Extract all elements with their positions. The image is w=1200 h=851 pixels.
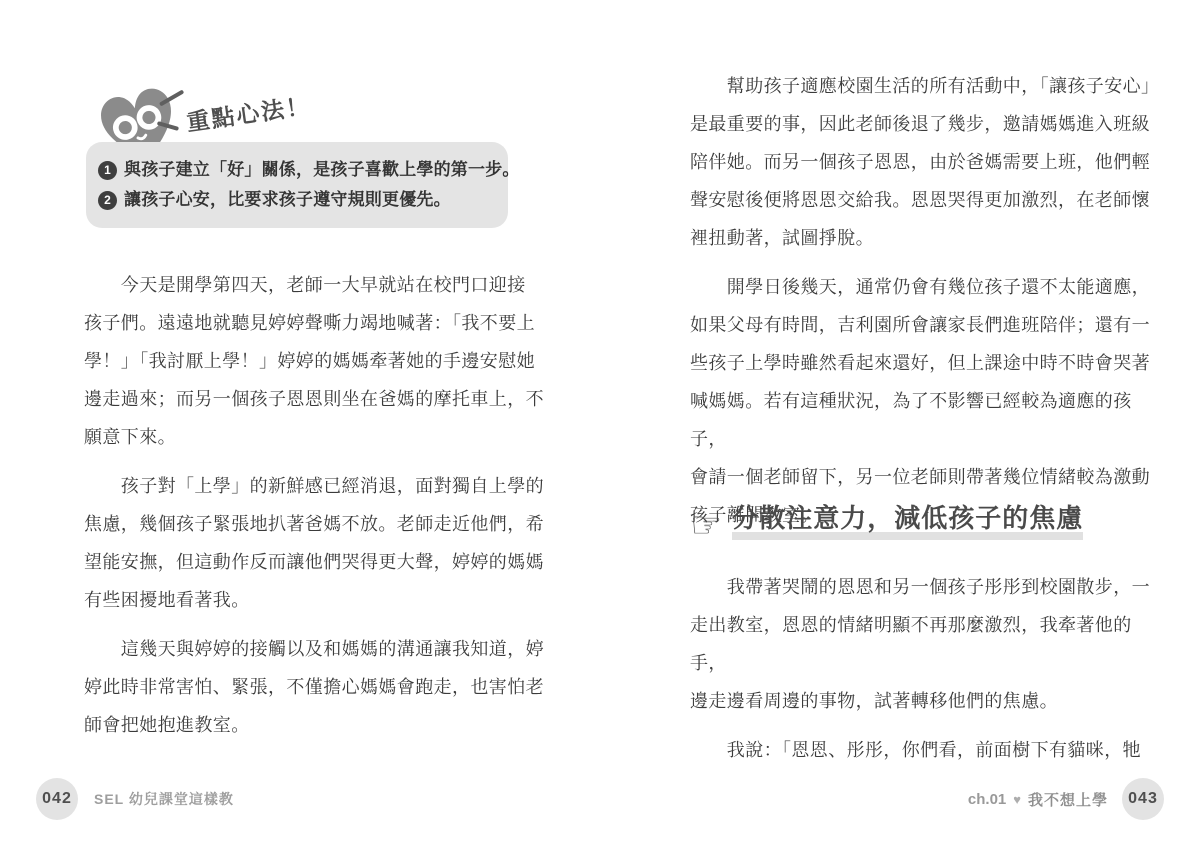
book-spread: 重點心法！ 1 與孩子建立「好」關係，是孩子喜歡上學的第一步。 2 讓孩子心安，… <box>0 0 1200 851</box>
heart-icon: ♥ <box>1013 792 1021 807</box>
paragraph: 今天是開學第四天，老師一大早就站在校門口迎接 孩子們。遠遠地就聽見婷婷聲嘶力竭地… <box>84 266 554 456</box>
chapter-label: ch.01 ♥ 我不想上學 <box>968 789 1108 810</box>
key-points-box: 1 與孩子建立「好」關係，是孩子喜歡上學的第一步。 2 讓孩子心安，比要求孩子遵… <box>86 142 508 228</box>
right-page-body-top: 幫助孩子適應校園生活的所有活動中，「讓孩子安心」 是最重要的事，因此老師後退了幾… <box>690 67 1160 545</box>
paragraph: 這幾天與婷婷的接觸以及和媽媽的溝通讓我知道，婷 婷此時非常害怕、緊張，不僅擔心媽… <box>84 630 554 744</box>
key-point-text: 與孩子建立「好」關係，是孩子喜歡上學的第一步。 <box>124 155 520 185</box>
page-number-badge: 042 <box>36 778 78 820</box>
right-page-body-bottom: 我帶著哭鬧的恩恩和另一個孩子彤彤到校園散步，一 走出教室，恩恩的情緒明顯不再那麼… <box>690 568 1160 780</box>
tips-title: 重點心法！ <box>184 87 312 137</box>
key-point-item: 2 讓孩子心安，比要求孩子遵守規則更優先。 <box>98 185 496 215</box>
chapter-number: ch.01 <box>968 791 1006 808</box>
paragraph: 幫助孩子適應校園生活的所有活動中，「讓孩子安心」 是最重要的事，因此老師後退了幾… <box>690 67 1160 257</box>
paragraph: 我說：「恩恩、彤彤，你們看，前面樹下有貓咪，牠 <box>690 731 1160 769</box>
footer-left: 042 SEL 幼兒課堂這樣教 <box>36 778 234 820</box>
chapter-title: 我不想上學 <box>1028 789 1108 810</box>
footer-right: ch.01 ♥ 我不想上學 043 <box>968 778 1164 820</box>
section-title: 分散注意力，減低孩子的焦慮 <box>732 498 1083 540</box>
paragraph: 孩子對「上學」的新鮮感已經消退，面對獨自上學的 焦慮，幾個孩子緊張地扒著爸媽不放… <box>84 467 554 619</box>
key-point-item: 1 與孩子建立「好」關係，是孩子喜歡上學的第一步。 <box>98 155 496 185</box>
paragraph: 開學日後幾天，通常仍會有幾位孩子還不太能適應， 如果父母有時間，吉利園所會讓家長… <box>690 268 1160 534</box>
book-title: SEL 幼兒課堂這樣教 <box>94 789 234 809</box>
key-point-text: 讓孩子心安，比要求孩子遵守規則更優先。 <box>124 185 451 215</box>
pointing-hand-icon: ☞ <box>690 507 722 543</box>
page-number-badge: 043 <box>1122 778 1164 820</box>
numbered-bullet-icon: 1 <box>98 161 117 180</box>
section-heading: ☞ 分散注意力，減低孩子的焦慮 <box>690 498 1083 540</box>
paragraph: 我帶著哭鬧的恩恩和另一個孩子彤彤到校園散步，一 走出教室，恩恩的情緒明顯不再那麼… <box>690 568 1160 720</box>
numbered-bullet-icon: 2 <box>98 191 117 210</box>
left-page-body: 今天是開學第四天，老師一大早就站在校門口迎接 孩子們。遠遠地就聽見婷婷聲嘶力竭地… <box>84 266 554 755</box>
